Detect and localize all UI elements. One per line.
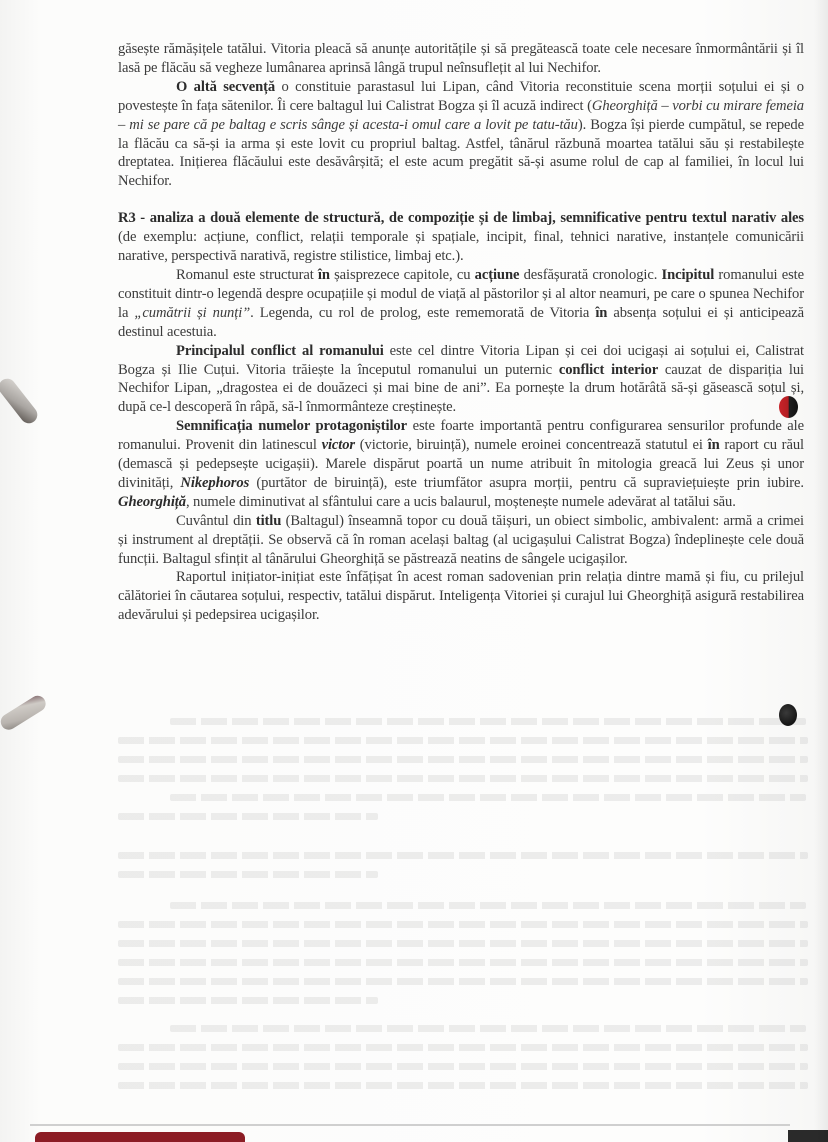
bold-word: Incipitul: [662, 267, 715, 283]
paragraph-conflict: Principalul conflict al romanului este c…: [118, 342, 804, 418]
paragraph-text: Raportul inițiator-inițiat este înfățișa…: [118, 569, 804, 623]
bleed-through-line: [118, 921, 808, 928]
paragraph-initiation: Raportul inițiator-inițiat este înfățișa…: [118, 568, 804, 625]
bleed-through-line: [118, 959, 808, 966]
bold-lead: Principalul conflict al romanului: [176, 343, 384, 359]
bold-word: în: [318, 267, 330, 283]
paragraph-parastas: O altă secvență o constituie parastasul …: [118, 78, 804, 191]
binder-clip-icon: [0, 693, 49, 733]
bold-italic-word: Nikephoros: [180, 475, 249, 491]
page-edge-shadow: [814, 0, 828, 1142]
requirement-details: (de exemplu: acțiune, conflict, relații …: [118, 229, 804, 264]
bleed-through-line: [170, 718, 806, 725]
paragraph-title: Cuvântul din titlu (Baltagul) înseamnă t…: [118, 512, 804, 569]
punch-hole-icon: [779, 396, 798, 418]
section-gap: [118, 191, 804, 209]
italic-quote: „cumătrii și nunți”: [134, 305, 250, 321]
bold-word: conflict interior: [559, 362, 658, 378]
bleed-through-line: [170, 902, 806, 909]
requirement-r3: R3 - analiza a două elemente de structur…: [118, 209, 804, 266]
bleed-through-line: [118, 1063, 808, 1070]
paragraph-text: . Legenda, cu rol de prolog, este rememo…: [250, 305, 595, 321]
bleed-through-line: [118, 871, 378, 878]
punch-hole-icon: [779, 704, 797, 726]
paragraph-text: (victorie, biruință), numele eroinei con…: [355, 437, 708, 453]
bleed-through-line: [118, 1082, 808, 1089]
binder-clip-icon: [0, 375, 41, 426]
bleed-through-line: [118, 852, 808, 859]
requirement-title: R3 - analiza a două elemente de structur…: [118, 210, 804, 226]
bleed-through-line: [118, 813, 378, 820]
bold-italic-word: Gheorghiță: [118, 494, 186, 510]
paragraph-continuation: găsește rămășițele tatălui. Vitoria plea…: [118, 40, 804, 78]
paragraph-text: Cuvântul din: [176, 513, 256, 529]
document-body: găsește rămășițele tatălui. Vitoria plea…: [118, 40, 804, 625]
paragraph-text: șaisprezece capitole, cu: [330, 267, 475, 283]
bleed-through-line: [118, 775, 808, 782]
bold-word: în: [708, 437, 720, 453]
bleed-through-line: [118, 978, 808, 985]
paragraph-text: desfășurată cronologic.: [519, 267, 661, 283]
bleed-through-line: [118, 756, 808, 763]
bold-italic-word: victor: [322, 437, 355, 453]
bleed-through-line: [118, 997, 378, 1004]
bleed-through-line: [118, 1044, 808, 1051]
bold-lead: O altă secvență: [176, 79, 275, 95]
paragraph-text: (purtător de biruință), este triumfător …: [249, 475, 804, 491]
underlying-red-surface: [35, 1132, 245, 1142]
bleed-through-line: [170, 794, 806, 801]
paragraph-structure: Romanul este structurat în șaisprezece c…: [118, 266, 804, 342]
scanned-page: găsește rămășițele tatălui. Vitoria plea…: [0, 0, 828, 1142]
paragraph-text: găsește rămășițele tatălui. Vitoria plea…: [118, 41, 804, 76]
bold-word: în: [595, 305, 607, 321]
bold-word: acțiune: [475, 267, 520, 283]
bleed-through-line: [170, 1025, 806, 1032]
paragraph-text: , numele diminutivat al sfântului care a…: [186, 494, 736, 510]
bold-lead: Semnificația numelor protagoniștilor: [176, 418, 407, 434]
bleed-through-line: [118, 940, 808, 947]
page-bottom-edge: [30, 1124, 790, 1126]
paragraph-text: Romanul este structurat: [176, 267, 318, 283]
paragraph-names: Semnificația numelor protagoniștilor est…: [118, 417, 804, 512]
bleed-through-line: [118, 737, 808, 744]
bold-word: titlu: [256, 513, 281, 529]
